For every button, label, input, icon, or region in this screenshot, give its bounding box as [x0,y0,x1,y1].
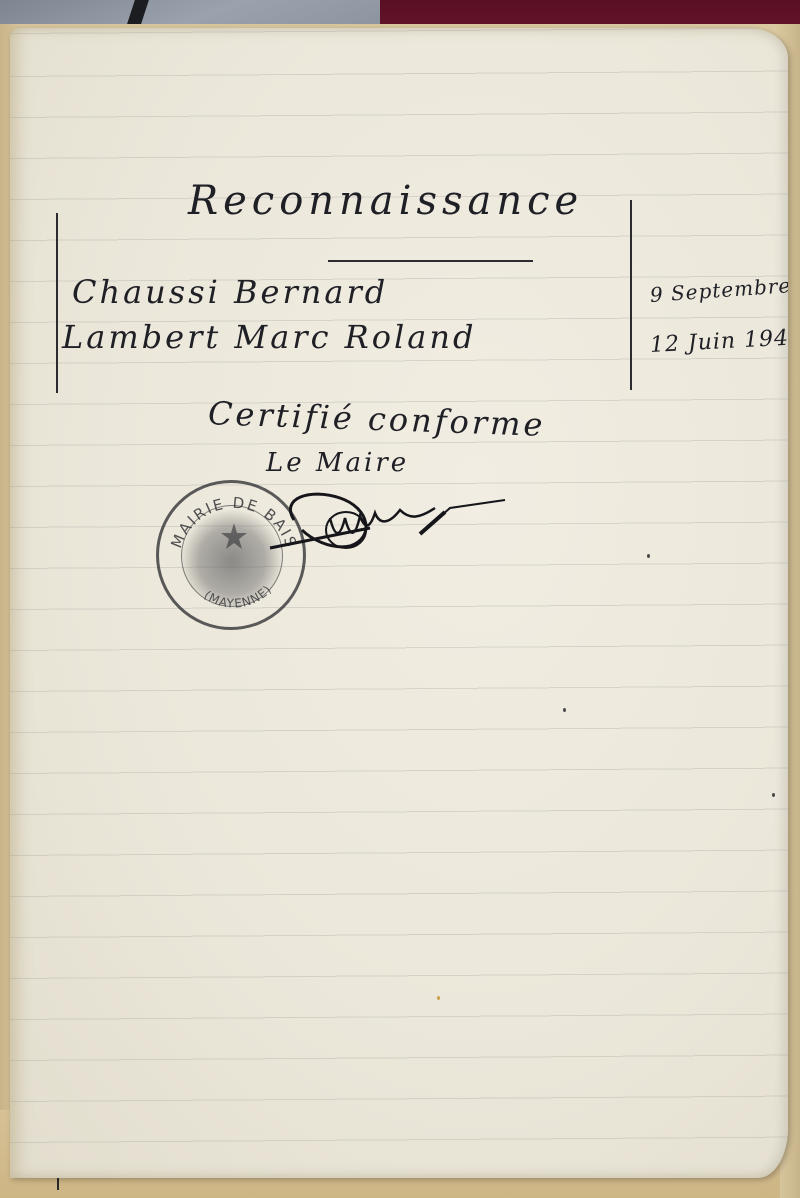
entry-name: Chaussi Bernard [72,273,388,311]
title-underline [328,260,533,262]
register-page: Reconnaissance Chaussi Bernard Lambert M… [10,28,788,1178]
right-margin-rule [630,200,632,390]
entry-name: Lambert Marc Roland [62,318,476,356]
left-margin-rule [56,213,58,393]
page-title: Reconnaissance [188,178,583,224]
svg-text:(MAYENNE): (MAYENNE) [201,582,274,611]
mayor-signature [250,468,530,578]
